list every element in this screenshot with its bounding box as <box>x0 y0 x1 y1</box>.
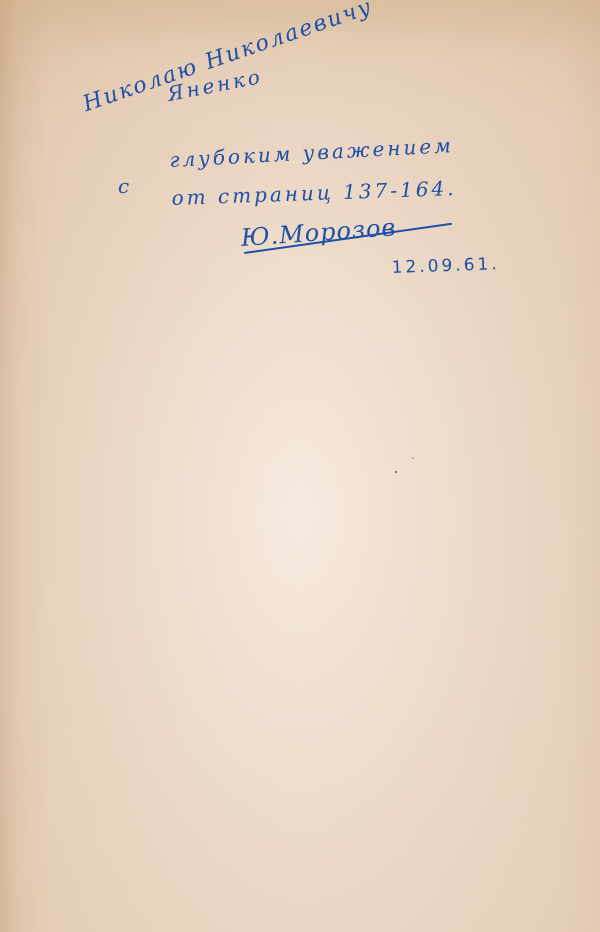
paper-speck <box>395 471 397 473</box>
inscription-date: 12.09.61. <box>391 254 500 278</box>
dedication-prefix: с <box>118 174 130 198</box>
flyleaf-page: Николаю Николаевичу Яненко с глубоким ув… <box>0 0 600 932</box>
paper-speck <box>412 457 414 459</box>
dedication-pages: от страниц 137-164. <box>171 176 457 210</box>
author-signature: Ю.Морозов <box>240 213 397 252</box>
dedication-greeting: глубоким уважением <box>169 133 455 172</box>
